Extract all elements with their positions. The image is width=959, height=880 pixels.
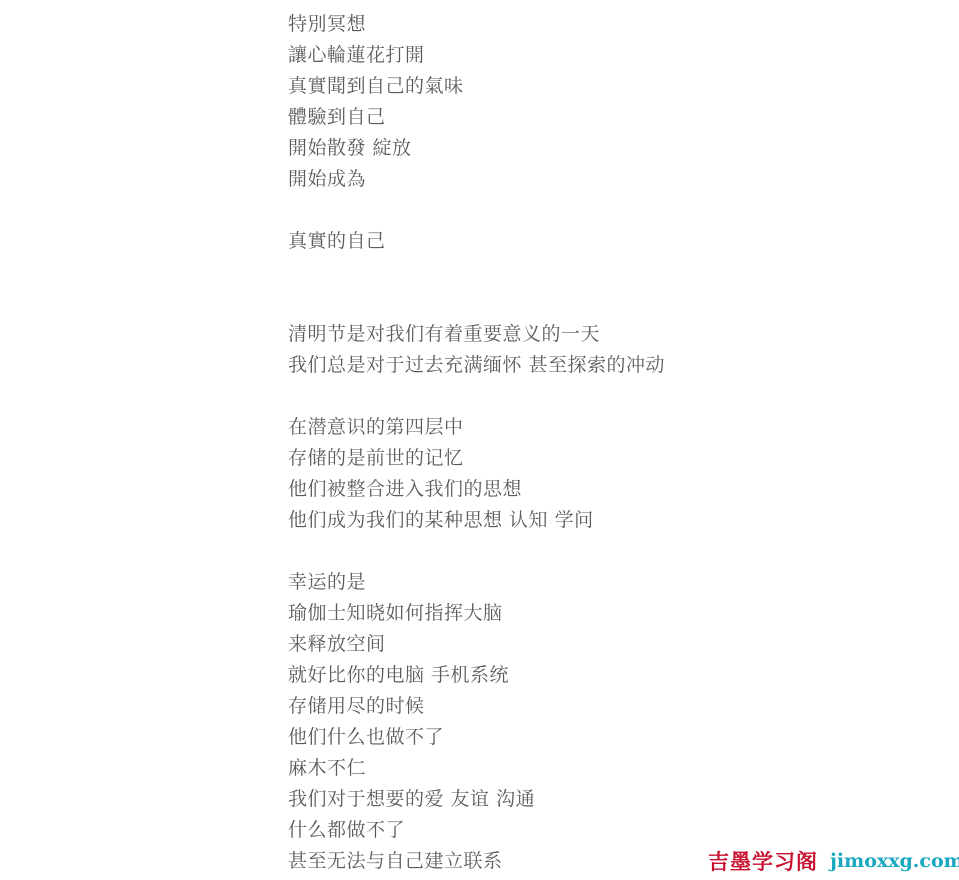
text-line: 存储的是前世的记忆 bbox=[288, 443, 665, 474]
text-line: 清明节是对我们有着重要意义的一天 bbox=[288, 319, 665, 350]
text-line: 存储用尽的时候 bbox=[288, 691, 665, 722]
poem-text: 特別冥想 讓心輪蓮花打開 真實聞到自己的氣味 體驗到自己 開始散發 綻放 開始成… bbox=[288, 9, 665, 877]
watermark: 吉墨学习阁 jimoxxg.com bbox=[708, 846, 959, 876]
stanza-3: 清明节是对我们有着重要意义的一天 我们总是对于过去充满缅怀 甚至探索的冲动 bbox=[288, 319, 665, 381]
stanza-gap bbox=[288, 536, 665, 567]
stanza-4: 在潜意识的第四层中 存储的是前世的记忆 他们被整合进入我们的思想 他们成为我们的… bbox=[288, 412, 665, 536]
text-line: 在潜意识的第四层中 bbox=[288, 412, 665, 443]
stanza-gap bbox=[288, 381, 665, 412]
text-line: 什么都做不了 bbox=[288, 815, 665, 846]
text-line: 他们被整合进入我们的思想 bbox=[288, 474, 665, 505]
stanza-1: 特別冥想 讓心輪蓮花打開 真實聞到自己的氣味 體驗到自己 開始散發 綻放 開始成… bbox=[288, 9, 665, 195]
text-line: 開始成為 bbox=[288, 164, 665, 195]
text-line: 真實聞到自己的氣味 bbox=[288, 71, 665, 102]
text-line: 麻木不仁 bbox=[288, 753, 665, 784]
text-line: 我们对于想要的爱 友谊 沟通 bbox=[288, 784, 665, 815]
stanza-gap bbox=[288, 257, 665, 319]
text-line: 幸运的是 bbox=[288, 567, 665, 598]
text-line: 来释放空间 bbox=[288, 629, 665, 660]
stanza-2: 真實的自己 bbox=[288, 226, 665, 257]
watermark-brand: 吉墨学习阁 bbox=[708, 846, 818, 876]
text-line: 我们总是对于过去充满缅怀 甚至探索的冲动 bbox=[288, 350, 665, 381]
text-line: 瑜伽士知晓如何指挥大脑 bbox=[288, 598, 665, 629]
text-line: 真實的自己 bbox=[288, 226, 665, 257]
text-line: 甚至无法与自己建立联系 bbox=[288, 846, 665, 877]
text-line: 他们什么也做不了 bbox=[288, 722, 665, 753]
text-line: 特別冥想 bbox=[288, 9, 665, 40]
text-line: 開始散發 綻放 bbox=[288, 133, 665, 164]
stanza-gap bbox=[288, 195, 665, 226]
stanza-5: 幸运的是 瑜伽士知晓如何指挥大脑 来释放空间 就好比你的电脑 手机系统 存储用尽… bbox=[288, 567, 665, 877]
watermark-url: jimoxxg.com bbox=[830, 850, 959, 872]
text-line: 就好比你的电脑 手机系统 bbox=[288, 660, 665, 691]
text-line: 體驗到自己 bbox=[288, 102, 665, 133]
text-line: 他们成为我们的某种思想 认知 学问 bbox=[288, 505, 665, 536]
text-line: 讓心輪蓮花打開 bbox=[288, 40, 665, 71]
